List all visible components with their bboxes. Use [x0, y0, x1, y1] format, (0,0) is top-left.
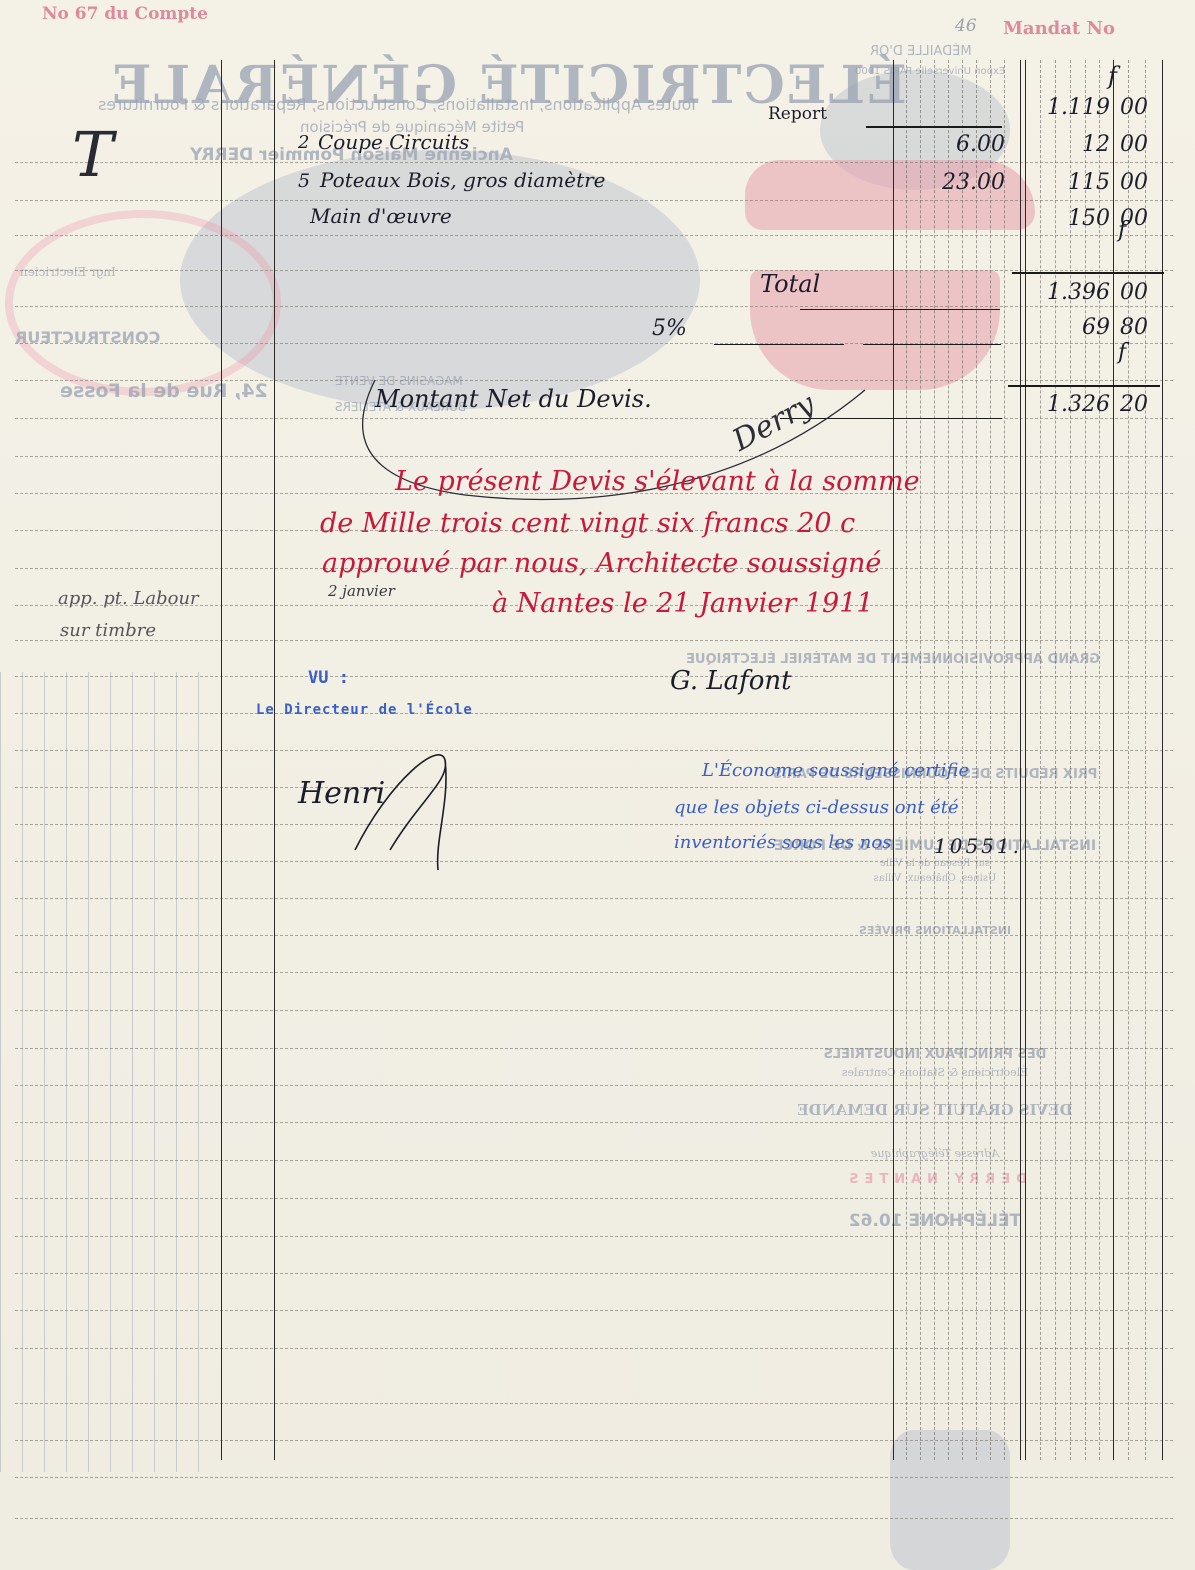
line-description: Main d'œuvre: [310, 204, 452, 228]
ledger-rule: [15, 898, 1173, 899]
total-cents: 00: [1120, 280, 1148, 305]
pink-ornament: [5, 210, 281, 396]
ledger-rule: [15, 200, 1173, 201]
side-service-item: sur Réseau de la Ville: [770, 858, 1100, 869]
line-description: Coupe Circuits: [318, 130, 469, 154]
ledger-rule: [15, 935, 1173, 936]
column-subrule: [990, 60, 991, 1460]
letterhead-address: 24, Rue de la Fosse: [60, 380, 268, 402]
report-underline: [866, 126, 1002, 128]
director-title: Le Directeur de l'École: [256, 702, 473, 718]
report-cents: 00: [1120, 95, 1148, 120]
column-rule: [221, 60, 222, 1460]
discount-label: 5%: [652, 316, 687, 341]
margin-date-note: 2 janvier: [328, 582, 395, 600]
column-rule: [1025, 60, 1026, 1460]
column-subrule: [976, 60, 977, 1460]
ledger-rule: [15, 676, 1173, 677]
column-rule: [274, 60, 275, 1460]
side-service-item: Adresse Télégraphique: [770, 1147, 1100, 1160]
ledger-rule: [15, 1236, 1173, 1237]
line-cents: 00: [1120, 132, 1148, 157]
discount-amount: 69: [1030, 315, 1110, 340]
ledger-rule: [15, 824, 1173, 825]
report-amount: 1.119: [1030, 95, 1110, 120]
column-subrule: [1070, 60, 1071, 1460]
ghost-ledger-grid: [0, 672, 220, 1472]
ledger-rule: [15, 1198, 1173, 1199]
ledger-rule: [15, 1477, 1173, 1478]
discount-cents: 80: [1120, 315, 1148, 340]
ledger-rule: [15, 306, 1173, 307]
column-subrule: [1128, 60, 1129, 1460]
director-signature-flourish: [350, 740, 470, 880]
report-label: Report: [768, 104, 827, 124]
ledger-rule: [15, 1273, 1173, 1274]
letterhead-expo: Expon Universelle PARIS 1900: [855, 66, 1005, 77]
total-underline: [800, 309, 1000, 310]
ledger-rule: [15, 1122, 1173, 1123]
letterhead-constructeur: CONSTRUCTEUR: [15, 328, 160, 347]
currency-mark: f: [1118, 340, 1126, 365]
column-subrule: [1145, 60, 1146, 1460]
approval-line2: de Mille trois cent vingt six francs 20 …: [320, 508, 855, 539]
column-subrule: [1085, 60, 1086, 1460]
ledger-rule: [15, 270, 1173, 271]
side-service-item: DES PRINCIPAUX INDUSTRIELS: [770, 1047, 1100, 1062]
line-qty: 2: [298, 132, 309, 153]
mandat-stamp: Mandat No: [1003, 18, 1115, 39]
ledger-rule: [15, 1085, 1173, 1086]
director-vu: VU :: [308, 668, 349, 688]
line-amount: 115: [1030, 170, 1110, 195]
column-rule: [1162, 60, 1163, 1460]
side-service-item: Électriciens & Stations Centrales: [770, 1066, 1100, 1079]
column-subrule: [1040, 60, 1041, 1460]
ledger-rule: [15, 972, 1173, 973]
ledger-rule: [15, 1403, 1173, 1404]
line-unit-price: 23.00: [905, 170, 1005, 195]
ledger-rule: [15, 861, 1173, 862]
lafont-signature: G. Lafont: [670, 666, 792, 696]
net-rule: [1008, 385, 1160, 387]
currency-mark: f: [1118, 218, 1126, 243]
discount-underline: [863, 344, 1001, 345]
ledger-rule: [15, 1048, 1173, 1049]
total-label: Total: [760, 270, 820, 298]
column-subrule: [1055, 60, 1056, 1460]
ledger-rule: [15, 713, 1173, 714]
total-rule: [1012, 272, 1164, 274]
econome-line1: L'Économe soussigné certifie: [702, 760, 969, 781]
total-amount: 1.396: [1030, 280, 1110, 305]
column-subrule: [1004, 60, 1005, 1460]
ledger-rule: [15, 162, 1173, 163]
side-service-item: DEVIS GRATUIT SUR DEMANDE: [770, 1101, 1100, 1119]
margin-note-2: sur timbre: [60, 620, 156, 641]
line-amount: 150: [1030, 206, 1110, 231]
line-qty: 5: [298, 170, 310, 192]
net-cents: 20: [1120, 392, 1148, 417]
side-service-item: DERRY NANTES: [770, 1172, 1100, 1187]
ledger-rule: [15, 1440, 1173, 1441]
ghost-machine-illustration: [890, 1430, 1010, 1570]
discount-underline: [714, 344, 844, 345]
side-service-item: Usines, Châteaux, Villas: [770, 873, 1100, 884]
ledger-rule: [15, 1348, 1173, 1349]
line-unit-price: 6.00: [905, 132, 1005, 157]
currency-mark: f: [1108, 62, 1117, 90]
ledger-rule: [15, 235, 1173, 236]
line-description: Poteaux Bois, gros diamètre: [320, 168, 606, 192]
letterhead-medal: MÉDAILLE D'OR: [870, 44, 972, 59]
column-rule: [1113, 60, 1114, 1460]
column-subrule: [1099, 60, 1100, 1460]
side-service-item: TÉLÉPHONE 10.62: [770, 1211, 1100, 1231]
inventory-number: 10551.: [934, 834, 1022, 858]
ledger-rule: [15, 750, 1173, 751]
column-rule: [1020, 60, 1021, 1460]
ledger-rule: [15, 640, 1173, 641]
side-service-item: GRAND APPROVISIONNEMENT DE MATÉRIEL ÉLEC…: [770, 652, 1100, 667]
ledger-rule: [15, 787, 1173, 788]
compte-stamp: No 67 du Compte: [42, 4, 208, 24]
econome-line3: inventoriés sous les nos: [674, 832, 891, 853]
letterhead-line1: Toutes Applications, Installations, Cons…: [98, 95, 698, 114]
mandat-number: 46: [955, 16, 977, 36]
ledger-rule: [15, 1518, 1173, 1519]
ledger-rule: [15, 1010, 1173, 1011]
margin-initials: T: [72, 118, 113, 191]
approval-line1: Le présent Devis s'élevant à la somme: [395, 466, 920, 497]
econome-line2: que les objets ci-dessus ont été: [674, 797, 959, 818]
line-amount: 12: [1030, 132, 1110, 157]
ledger-rule: [15, 1160, 1173, 1161]
line-cents: 00: [1120, 170, 1148, 195]
net-amount: 1.326: [1030, 392, 1110, 417]
margin-note-1: app. pt. Labour: [58, 588, 199, 609]
ledger-rule: [15, 1310, 1173, 1311]
approval-line3: approuvé par nous, Architecte soussigné: [322, 548, 881, 579]
approval-line4: à Nantes le 21 Janvier 1911: [492, 588, 874, 619]
letterhead-engineer: Ingr Electricien: [20, 265, 116, 279]
